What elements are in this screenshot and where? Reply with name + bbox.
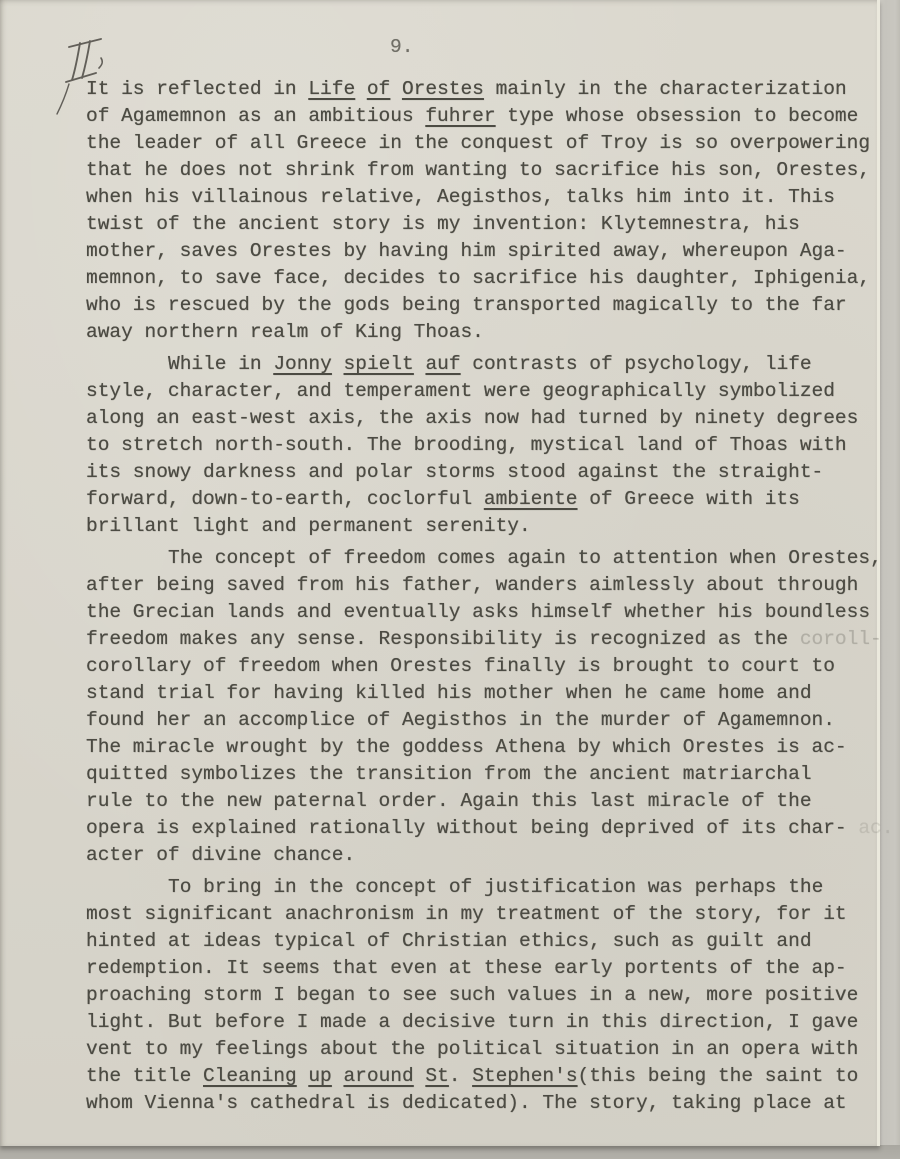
text-segment: of Agamemnon as an ambitious (86, 105, 425, 127)
underlined-text: Cleaning (203, 1065, 297, 1087)
text-segment: forward, down-to-earth, coclorful (86, 488, 484, 510)
text-line: twist of the ancient story is my inventi… (86, 211, 886, 238)
scanned-typescript-page: { "header": { "section_mark": "II", "pag… (0, 0, 900, 1159)
text-line: corollary of freedom when Orestes finall… (86, 653, 886, 680)
text-line: While in Jonny spielt auf contrasts of p… (86, 351, 886, 378)
text-line: who is rescued by the gods being transpo… (86, 292, 886, 319)
text-segment: the leader of all Greece in the conquest… (86, 132, 870, 154)
underlined-text: Orestes (402, 78, 484, 100)
text-line: vent to my feelings about the political … (86, 1036, 886, 1063)
text-segment: acter of divine chance. (86, 844, 355, 866)
text-line: freedom makes any sense. Responsibility … (86, 626, 886, 653)
text-segment (414, 353, 426, 375)
text-segment: of Greece with its (578, 488, 800, 510)
text-segment: whom Vienna's cathedral is dedicated). T… (86, 1092, 847, 1114)
text-segment: The miracle wrought by the goddess Athen… (86, 736, 847, 758)
text-segment: when his villainous relative, Aegisthos,… (86, 186, 835, 208)
text-segment: its snowy darkness and polar storms stoo… (86, 461, 823, 483)
underlined-text: ambiente (484, 488, 578, 510)
text-line: To bring in the concept of justification… (86, 874, 886, 901)
text-line: whom Vienna's cathedral is dedicated). T… (86, 1090, 886, 1117)
text-segment: mother, saves Orestes by having him spir… (86, 240, 847, 262)
text-line: brillant light and permanent serenity. (86, 513, 886, 540)
text-line: It is reflected in Life of Orestes mainl… (86, 76, 886, 103)
paragraph: While in Jonny spielt auf contrasts of p… (86, 351, 886, 540)
text-line: that he does not shrink from wanting to … (86, 157, 886, 184)
text-segment: type whose obsession to become (496, 105, 859, 127)
text-segment: along an east-west axis, the axis now ha… (86, 407, 858, 429)
text-segment: ac. (847, 817, 894, 839)
underlined-text: Life (308, 78, 355, 100)
text-segment: rule to the new paternal order. Again th… (86, 790, 812, 812)
text-segment (355, 78, 367, 100)
text-segment: who is rescued by the gods being transpo… (86, 294, 847, 316)
text-line: forward, down-to-earth, coclorful ambien… (86, 486, 886, 513)
text-segment: brillant light and permanent serenity. (86, 515, 531, 537)
text-line: most significant anachronism in my treat… (86, 901, 886, 928)
underlined-text: of (367, 78, 390, 100)
text-segment (332, 1065, 344, 1087)
text-segment: found her an accomplice of Aegisthos in … (86, 709, 835, 731)
paragraph: It is reflected in Life of Orestes mainl… (86, 76, 886, 346)
text-line: hinted at ideas typical of Christian eth… (86, 928, 886, 955)
text-line: proaching storm I began to see such valu… (86, 982, 886, 1009)
underlined-text: up (308, 1065, 331, 1087)
text-segment: mainly in the characterization (484, 78, 847, 100)
underlined-text: auf (425, 353, 460, 375)
underlined-text: Jonny (273, 353, 332, 375)
page-number: 9. (390, 36, 413, 58)
text-segment: It is reflected in (86, 78, 308, 100)
text-line: after being saved from his father, wande… (86, 572, 886, 599)
text-line: to stretch north-south. The brooding, my… (86, 432, 886, 459)
text-segment: . (449, 1065, 472, 1087)
text-line: acter of divine chance. (86, 842, 886, 869)
text-segment: freedom makes any sense. Responsibility … (86, 628, 800, 650)
text-segment: twist of the ancient story is my inventi… (86, 213, 800, 235)
text-line: of Agamemnon as an ambitious fuhrer type… (86, 103, 886, 130)
text-segment: the title (86, 1065, 203, 1087)
text-line: the Grecian lands and eventually asks hi… (86, 599, 886, 626)
text-line: memnon, to save face, decides to sacrifi… (86, 265, 886, 292)
text-line: quitted symbolizes the transition from t… (86, 761, 886, 788)
text-segment: to stretch north-south. The brooding, my… (86, 434, 847, 456)
text-line: its snowy darkness and polar storms stoo… (86, 459, 886, 486)
text-segment: away northern realm of King Thoas. (86, 321, 484, 343)
underlined-text: St (425, 1065, 448, 1087)
text-segment: The concept of freedom comes again to at… (168, 547, 882, 569)
text-segment: corollary of freedom when Orestes finall… (86, 655, 835, 677)
text-segment (332, 353, 344, 375)
text-segment: vent to my feelings about the political … (86, 1038, 858, 1060)
text-line: light. But before I made a decisive turn… (86, 1009, 886, 1036)
text-segment (414, 1065, 426, 1087)
text-line: mother, saves Orestes by having him spir… (86, 238, 886, 265)
text-line: when his villainous relative, Aegisthos,… (86, 184, 886, 211)
text-segment: after being saved from his father, wande… (86, 574, 858, 596)
text-line: redemption. It seems that even at these … (86, 955, 886, 982)
text-segment: most significant anachronism in my treat… (86, 903, 847, 925)
text-segment (297, 1065, 309, 1087)
text-segment: proaching storm I began to see such valu… (86, 984, 858, 1006)
text-segment: contrasts of psychology, life (461, 353, 812, 375)
text-segment: opera is explained rationally without be… (86, 817, 847, 839)
text-segment: light. But before I made a decisive turn… (86, 1011, 858, 1033)
text-segment: quitted symbolizes the transition from t… (86, 763, 812, 785)
text-segment: style, character, and temperament were g… (86, 380, 835, 402)
text-line: stand trial for having killed his mother… (86, 680, 886, 707)
scan-backing-bottom-edge (0, 1145, 900, 1159)
text-segment: memnon, to save face, decides to sacrifi… (86, 267, 870, 289)
text-line: the title Cleaning up around St. Stephen… (86, 1063, 886, 1090)
underlined-text: spielt (344, 353, 414, 375)
text-segment: redemption. It seems that even at these … (86, 957, 847, 979)
text-line: opera is explained rationally without be… (86, 815, 886, 842)
typescript-paper-sheet: 9. It is reflected in Life of Orestes ma… (0, 0, 880, 1146)
text-line: along an east-west axis, the axis now ha… (86, 405, 886, 432)
text-segment: the Grecian lands and eventually asks hi… (86, 601, 870, 623)
underlined-text: fuhrer (425, 105, 495, 127)
text-line: found her an accomplice of Aegisthos in … (86, 707, 886, 734)
text-segment: (this being the saint to (578, 1065, 859, 1087)
underlined-text: Stephen's (472, 1065, 577, 1087)
text-segment: that he does not shrink from wanting to … (86, 159, 870, 181)
text-segment (390, 78, 402, 100)
text-line: The concept of freedom comes again to at… (86, 545, 886, 572)
text-segment: coroll- (800, 628, 882, 650)
typewritten-text: It is reflected in Life of Orestes mainl… (86, 76, 886, 1117)
text-line: The miracle wrought by the goddess Athen… (86, 734, 886, 761)
paragraph: To bring in the concept of justification… (86, 874, 886, 1117)
text-line: the leader of all Greece in the conquest… (86, 130, 886, 157)
underlined-text: around (343, 1065, 413, 1087)
text-segment: To bring in the concept of justification… (168, 876, 823, 898)
text-line: away northern realm of King Thoas. (86, 319, 886, 346)
text-line: rule to the new paternal order. Again th… (86, 788, 886, 815)
text-segment: hinted at ideas typical of Christian eth… (86, 930, 812, 952)
paragraph: The concept of freedom comes again to at… (86, 545, 886, 869)
text-segment: While in (168, 353, 273, 375)
text-line: style, character, and temperament were g… (86, 378, 886, 405)
text-segment: stand trial for having killed his mother… (86, 682, 812, 704)
